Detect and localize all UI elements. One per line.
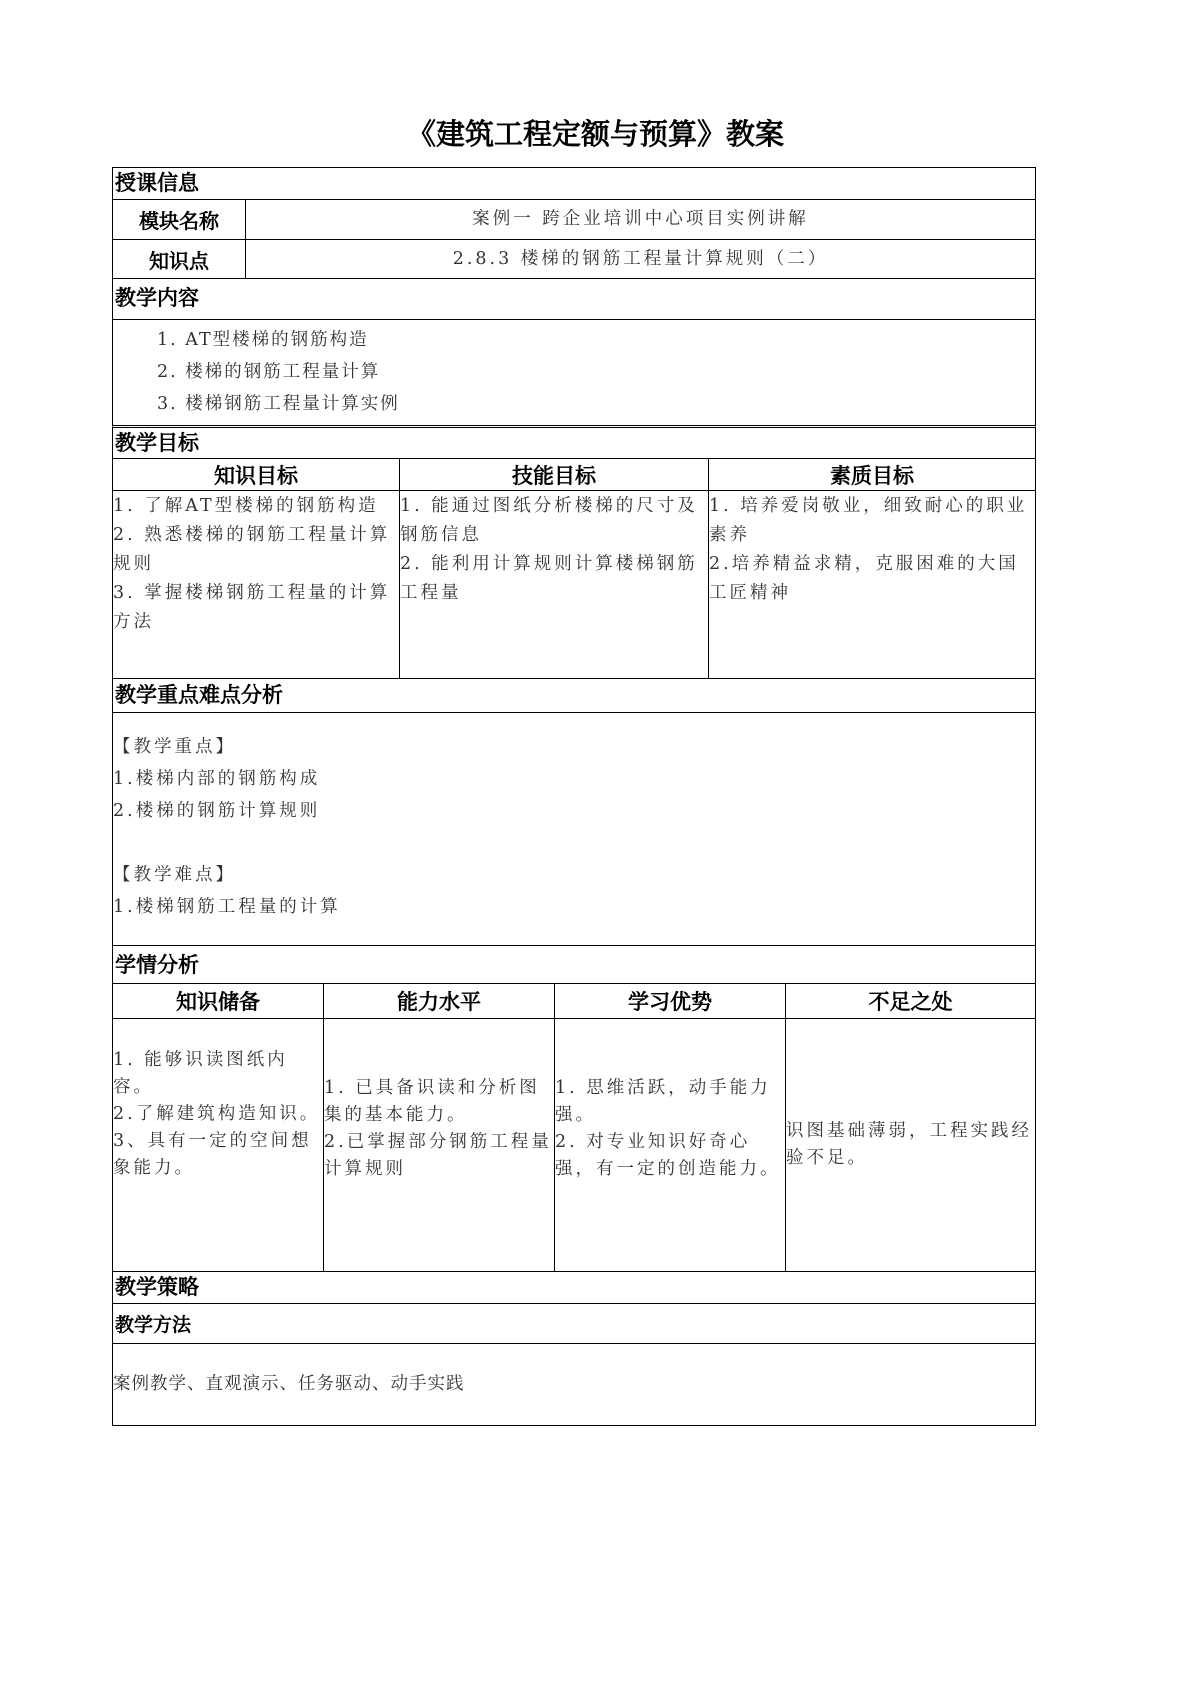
module-label: 模块名称 <box>113 200 245 239</box>
student-knowledge-item: 1. 能够识读图纸内容。 <box>113 1047 323 1101</box>
student-ability-item: 1. 已具备识读和分析图集的基本能力。 <box>324 1075 554 1129</box>
section-teaching-goals: 教学目标 <box>112 425 1036 458</box>
content-item: 3. 楼梯钢筋工程量计算实例 <box>157 388 1035 420</box>
difficulty-label: 【教学难点】 <box>113 859 1035 891</box>
method-body-row: 案例教学、直观演示、任务驱动、动手实践 <box>112 1343 1036 1426</box>
module-value: 案例一 跨企业培训中心项目实例讲解 <box>246 200 1035 239</box>
goal-skill-item: 1. 能通过图纸分析楼梯的尺寸及钢筋信息 <box>400 492 708 550</box>
section-heading: 学情分析 <box>113 946 1035 984</box>
section-heading: 教学策略 <box>113 1272 1035 1302</box>
student-header-row: 知识储备 能力水平 学习优势 不足之处 <box>112 983 1036 1018</box>
method-label-row: 教学方法 <box>112 1303 1036 1343</box>
method-label: 教学方法 <box>113 1304 1035 1346</box>
goal-skill-item: 2. 能利用计算规则计算楼梯钢筋工程量 <box>400 550 708 608</box>
goal-header-quality: 素质目标 <box>709 459 1035 490</box>
student-advantage-item: 2. 对专业知识好奇心强，有一定的创造能力。 <box>555 1129 785 1183</box>
section-strategy: 教学策略 <box>112 1271 1036 1303</box>
student-knowledge-item: 2.了解建筑构造知识。 <box>113 1101 323 1128</box>
knowledge-point-row: 知识点 2.8.3 楼梯的钢筋工程量计算规则（二） <box>112 239 1036 278</box>
student-body-row: 1. 能够识读图纸内容。 2.了解建筑构造知识。 3、具有一定的空间想象能力。 … <box>112 1018 1036 1271</box>
goal-header-knowledge: 知识目标 <box>113 459 399 490</box>
goals-body-row: 1. 了解AT型楼梯的钢筋构造 2. 熟悉楼梯的钢筋工程量计算规则 3. 掌握楼… <box>112 490 1036 678</box>
goal-quality-item: 1. 培养爱岗敬业，细致耐心的职业素养 <box>709 492 1035 550</box>
section-heading: 授课信息 <box>113 168 1035 198</box>
method-value: 案例教学、直观演示、任务驱动、动手实践 <box>113 1344 1035 1424</box>
key-points-body: 【教学重点】 1.楼梯内部的钢筋构成 2.楼梯的钢筋计算规则 【教学难点】 1.… <box>112 712 1036 945</box>
content-item: 2. 楼梯的钢筋工程量计算 <box>157 356 1035 388</box>
student-weakness-item: 识图基础薄弱，工程实践经验不足。 <box>786 1118 1035 1172</box>
student-header-knowledge: 知识储备 <box>113 984 323 1018</box>
student-header-weakness: 不足之处 <box>786 984 1035 1018</box>
difficulty-item: 1.楼梯钢筋工程量的计算 <box>113 891 1035 923</box>
student-header-ability: 能力水平 <box>324 984 554 1018</box>
goal-knowledge-item: 3. 掌握楼梯钢筋工程量的计算方法 <box>113 579 399 637</box>
student-knowledge-item: 3、具有一定的空间想象能力。 <box>113 1128 323 1182</box>
section-heading: 教学内容 <box>113 279 1035 317</box>
student-ability-item: 2.已掌握部分钢筋工程量计算规则 <box>324 1129 554 1183</box>
student-advantage-item: 1. 思维活跃，动手能力强。 <box>555 1075 785 1129</box>
content-item: 1. AT型楼梯的钢筋构造 <box>157 324 1035 356</box>
goal-header-skill: 技能目标 <box>400 459 708 490</box>
section-course-info: 授课信息 <box>112 167 1036 199</box>
section-teaching-content: 教学内容 <box>112 278 1036 319</box>
section-student-analysis: 学情分析 <box>112 945 1036 983</box>
goal-quality-item: 2.培养精益求精，克服困难的大国工匠精神 <box>709 550 1035 608</box>
focus-item: 1.楼梯内部的钢筋构成 <box>113 763 1035 795</box>
section-key-points: 教学重点难点分析 <box>112 678 1036 712</box>
focus-item: 2.楼梯的钢筋计算规则 <box>113 795 1035 827</box>
knowledge-label: 知识点 <box>113 240 245 278</box>
goals-header-row: 知识目标 技能目标 素质目标 <box>112 458 1036 490</box>
document-title: 《建筑工程定额与预算》教案 <box>0 112 1191 153</box>
teaching-content-body: 1. AT型楼梯的钢筋构造 2. 楼梯的钢筋工程量计算 3. 楼梯钢筋工程量计算… <box>112 319 1036 425</box>
goal-knowledge-item: 2. 熟悉楼梯的钢筋工程量计算规则 <box>113 521 399 579</box>
knowledge-value: 2.8.3 楼梯的钢筋工程量计算规则（二） <box>246 240 1035 278</box>
student-header-advantage: 学习优势 <box>555 984 785 1018</box>
section-heading: 教学重点难点分析 <box>113 679 1035 712</box>
section-heading: 教学目标 <box>113 428 1035 458</box>
module-row: 模块名称 案例一 跨企业培训中心项目实例讲解 <box>112 199 1036 239</box>
focus-label: 【教学重点】 <box>113 731 1035 763</box>
goal-knowledge-item: 1. 了解AT型楼梯的钢筋构造 <box>113 492 399 521</box>
